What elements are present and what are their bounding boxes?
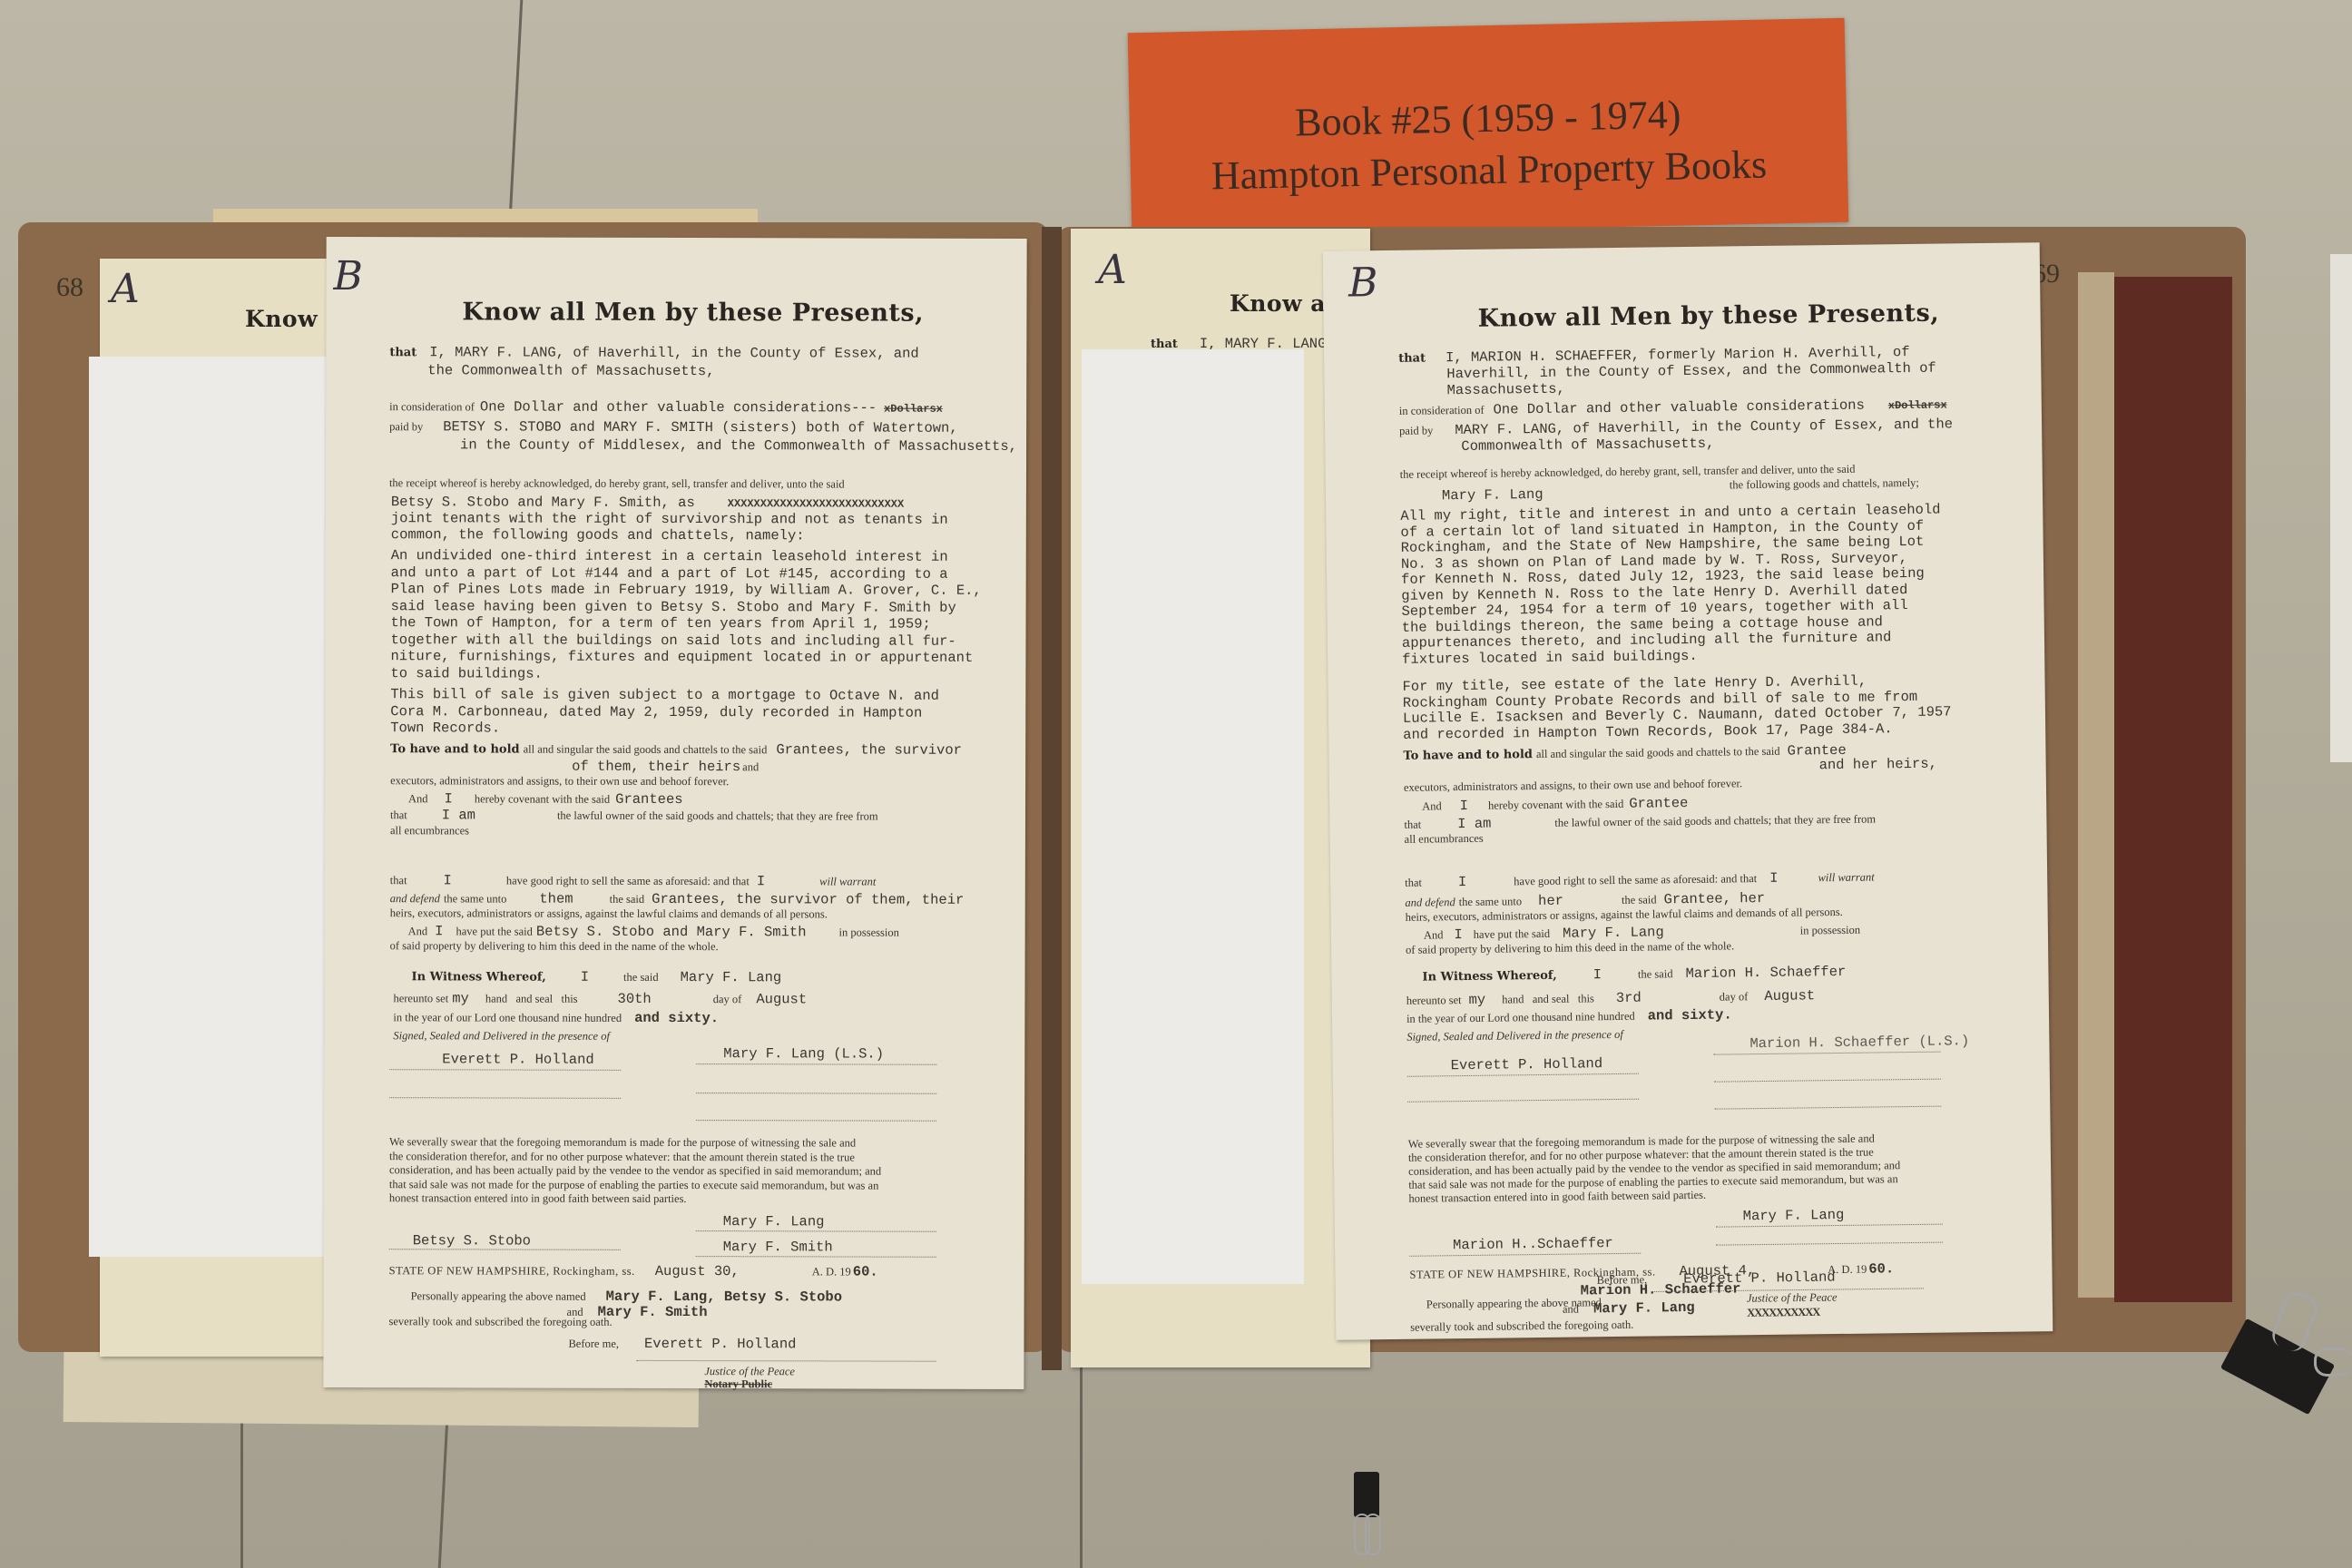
encumbrances: all encumbrances bbox=[1405, 832, 1484, 848]
struck-text: XXXXXXXXXXXXXXXXXXXXXXXXXXX bbox=[728, 497, 904, 511]
day: 3rd bbox=[1616, 990, 1641, 1006]
possession-text: have put the said bbox=[456, 925, 532, 937]
defend-text: the same unto bbox=[444, 892, 506, 905]
paid-by-line-2: Commonwealth of Massachusetts, bbox=[1461, 436, 1714, 456]
signature-line bbox=[696, 1093, 936, 1094]
defend: and defend bbox=[390, 892, 440, 905]
month: August bbox=[1764, 987, 1815, 1004]
possession-fill: Betsy S. Stobo and Mary F. Smith bbox=[536, 924, 807, 941]
possession-and: And bbox=[1424, 928, 1444, 941]
year-fill: and sixty. bbox=[1648, 1006, 1732, 1024]
personally-appearing: Personally appearing the above named bbox=[411, 1289, 586, 1303]
grantor-signature: Mary F. Lang (L.S.) bbox=[723, 1045, 884, 1063]
binder-clip-handle bbox=[1365, 1514, 1381, 1555]
consideration-label: in consideration of bbox=[389, 400, 475, 413]
lawful-owner: the lawful owner of the said goods and c… bbox=[557, 809, 878, 823]
witness-i: I bbox=[1593, 966, 1602, 983]
hand-seal: hand and seal this bbox=[1502, 992, 1594, 1005]
signature-line bbox=[696, 1063, 936, 1065]
paid-by-label: paid by bbox=[389, 420, 423, 433]
warrant: will warrant bbox=[1818, 870, 1874, 884]
text-line: fixtures located in said buildings. bbox=[1402, 647, 1698, 668]
white-slip bbox=[1082, 349, 1304, 1284]
book-cover-edge bbox=[2114, 277, 2232, 1302]
underlying-title: Know al bbox=[1230, 290, 1335, 317]
the-said: the said bbox=[1622, 893, 1657, 906]
witness-label: In Witness Whereof, bbox=[412, 970, 546, 984]
before-me: Before me, bbox=[1597, 1273, 1648, 1287]
that-label: that bbox=[389, 346, 416, 359]
binder-clip-handle bbox=[2269, 1289, 2320, 1354]
grantee: Mary F. Lang bbox=[1442, 486, 1543, 505]
witness-said: the said bbox=[1638, 967, 1673, 980]
habendum-end: executors, administrators and assigns, t… bbox=[1404, 777, 1742, 795]
i-am: I am bbox=[1457, 816, 1491, 832]
witness-name: Mary F. Lang bbox=[681, 969, 782, 985]
right-i2: I bbox=[1769, 870, 1779, 887]
witness-signature: Everett P. Holland bbox=[1451, 1055, 1603, 1074]
the-said: the said bbox=[610, 893, 645, 906]
oath-signature-2: Mary F. Smith bbox=[723, 1239, 833, 1257]
deed-title: Know all Men by these Presents, bbox=[1477, 299, 1939, 335]
hand-seal: hand and seal this bbox=[485, 992, 578, 1004]
signature-line bbox=[1714, 1052, 1941, 1055]
justice-title: Justice of the Peace bbox=[1747, 1291, 1837, 1306]
year-line: in the year of our Lord one thousand nin… bbox=[1406, 1010, 1635, 1025]
year-line: in the year of our Lord one thousand nin… bbox=[393, 1011, 622, 1024]
right-text: have good right to sell the same as afor… bbox=[1514, 872, 1757, 887]
loose-paper bbox=[2330, 254, 2352, 762]
before-me: Before me, bbox=[568, 1338, 619, 1350]
possession-text: have put the said bbox=[1474, 927, 1551, 941]
consideration-label: in consideration of bbox=[1399, 404, 1485, 417]
text-line: honest transaction entered into in good … bbox=[1408, 1189, 1706, 1207]
page-edges bbox=[2078, 272, 2114, 1298]
text-line: consideration, and has been actually pai… bbox=[389, 1163, 881, 1179]
justice-name: Everett P. Holland bbox=[644, 1336, 796, 1352]
signature-line bbox=[1407, 1073, 1639, 1077]
grantor: I, MARY F. LANG, of Haverhill, in the Co… bbox=[429, 344, 919, 361]
warrant: will warrant bbox=[819, 875, 876, 887]
heirs-line: heirs, executors, administrators or assi… bbox=[390, 906, 828, 922]
text-line: We severally swear that the foregoing me… bbox=[389, 1135, 856, 1151]
covenant-i: I bbox=[445, 790, 453, 807]
encumbrances: all encumbrances bbox=[390, 824, 469, 838]
ad-label: A. D. 19 bbox=[812, 1265, 851, 1278]
state-date: August 30, bbox=[655, 1263, 740, 1279]
month: August bbox=[756, 991, 807, 1007]
day: 30th bbox=[618, 991, 652, 1007]
consideration-strike: xDollarsx bbox=[1888, 398, 1947, 412]
receipt-clause: the receipt whereof is hereby acknowledg… bbox=[389, 476, 845, 492]
covenant-and: And bbox=[1422, 799, 1442, 812]
possession-end: in possession bbox=[838, 926, 898, 938]
text-line: that said sale was not made for the purp… bbox=[389, 1178, 878, 1193]
habendum-label: To have and to hold bbox=[1403, 748, 1533, 763]
day-of: day of bbox=[1720, 990, 1749, 1003]
right-that: that bbox=[390, 874, 407, 887]
i-am: I am bbox=[442, 807, 475, 823]
right-that: that bbox=[1405, 877, 1422, 889]
signature-line bbox=[696, 1120, 936, 1122]
covenant-text: hereby covenant with the said bbox=[1488, 798, 1623, 812]
signature-line bbox=[1716, 1242, 1943, 1246]
white-slip bbox=[89, 357, 329, 1257]
possession-fill: Mary F. Lang bbox=[1563, 924, 1664, 941]
state-line: STATE OF NEW HAMPSHIRE, Rockingham, ss. bbox=[389, 1264, 635, 1278]
table-seam bbox=[240, 1416, 243, 1568]
signature-line bbox=[389, 1097, 621, 1099]
my: my bbox=[452, 990, 469, 1006]
my: my bbox=[1468, 992, 1485, 1008]
habendum-fill-2: and her heirs, bbox=[1819, 756, 1937, 775]
covenant-text: hereby covenant with the said bbox=[475, 792, 610, 805]
possession-line: of said property by delivering to him th… bbox=[390, 939, 719, 955]
defend-fill: them bbox=[539, 891, 573, 907]
binder-clip bbox=[1354, 1472, 1379, 1517]
signature-line bbox=[636, 1360, 936, 1362]
that-label-lower: that bbox=[1404, 818, 1421, 831]
that-label-lower: that bbox=[390, 808, 407, 821]
signature-line bbox=[696, 1230, 936, 1232]
lawful-owner: the lawful owner of the said goods and c… bbox=[1554, 812, 1876, 828]
habendum-text: all and singular the said goods and chat… bbox=[524, 743, 768, 757]
signed-sealed: Signed, Sealed and Delivered in the pres… bbox=[1406, 1028, 1623, 1045]
paid-by: BETSY S. STOBO and MARY F. SMITH (sister… bbox=[443, 418, 957, 436]
grantor-signature: Marion H. Schaeffer (L.S.) bbox=[1749, 1033, 1969, 1053]
appearing-names: Mary F. Lang, Betsy S. Stobo bbox=[606, 1289, 842, 1306]
handwritten-mark: A bbox=[1098, 247, 1127, 293]
deed-left: B Know all Men by these Presents, thatI,… bbox=[323, 237, 1026, 1389]
right-i: I bbox=[444, 872, 452, 888]
appearing-names-2: Mary F. Smith bbox=[598, 1304, 708, 1320]
covenant-i: I bbox=[1460, 798, 1469, 814]
notary-struck: Notary Public bbox=[704, 1377, 772, 1392]
table-seam bbox=[1080, 1361, 1083, 1568]
oath-signature-left: Marion H..Schaeffer bbox=[1453, 1235, 1613, 1255]
text-line: the consideration therefor, and for no o… bbox=[389, 1150, 855, 1165]
oath-signature-1: Mary F. Lang bbox=[723, 1213, 825, 1231]
right-i2: I bbox=[757, 873, 765, 889]
signed-sealed: Signed, Sealed and Delivered in the pres… bbox=[393, 1029, 610, 1044]
hereunto: hereunto set bbox=[1406, 994, 1462, 1007]
witness-name: Marion H. Schaeffer bbox=[1685, 964, 1846, 982]
deed-right-justice-block: Before me,Everett P. Holland Justice of … bbox=[1515, 1268, 1943, 1337]
habendum-text: all and singular the said goods and chat… bbox=[1536, 745, 1780, 760]
paid-by-line-2: in the County of Middlesex, and the Comm… bbox=[460, 436, 1017, 456]
possession-and: And bbox=[408, 925, 428, 937]
right-text: have good right to sell the same as afor… bbox=[506, 875, 750, 888]
day-of: day of bbox=[713, 993, 742, 1005]
grantees-line-3: common, the following goods and chattels… bbox=[391, 526, 805, 545]
grantor-line-2: the Commonwealth of Massachusetts, bbox=[427, 362, 714, 380]
oath-took: severally took and subscribed the forego… bbox=[389, 1315, 612, 1329]
signature-line bbox=[389, 1069, 621, 1071]
possession-end: in possession bbox=[1800, 924, 1860, 937]
that-label: that bbox=[1398, 351, 1426, 365]
grantor-line-3: Massachusetts, bbox=[1446, 381, 1564, 400]
signature-line bbox=[696, 1256, 936, 1258]
habendum-and: and bbox=[742, 760, 759, 773]
covenant-and: And bbox=[408, 792, 428, 805]
witness-signature: Everett P. Holland bbox=[442, 1051, 593, 1069]
page-number-left: 68 bbox=[56, 272, 83, 303]
text-line: to said buildings. bbox=[390, 665, 542, 683]
following-goods: the following goods and chattels, namely… bbox=[1730, 476, 1919, 493]
covenant-fill: Grantee bbox=[1629, 795, 1688, 812]
witness-i: I bbox=[581, 969, 589, 985]
handwritten-mark: A bbox=[111, 266, 140, 312]
oath-signature-1: Mary F. Lang bbox=[1743, 1207, 1845, 1226]
consideration: One Dollar and other valuable considerat… bbox=[480, 398, 877, 416]
justice-name: Everett P. Holland bbox=[1683, 1269, 1836, 1288]
consideration: One Dollar and other valuable considerat… bbox=[1493, 397, 1864, 418]
book-label-subtitle: Hampton Personal Property Books bbox=[1210, 141, 1767, 199]
possession-i: I bbox=[1454, 926, 1463, 943]
consideration-strike: xDollarsx bbox=[884, 403, 943, 416]
habendum-end: executors, administrators and assigns, t… bbox=[390, 774, 729, 789]
paid-by-label: paid by bbox=[1399, 424, 1433, 436]
witness-said: the said bbox=[623, 971, 659, 984]
grantees: Betsy S. Stobo and Mary F. Smith, as bbox=[391, 494, 695, 511]
text-line: honest transaction entered into in good … bbox=[389, 1191, 687, 1206]
book-label-title: Book #25 (1959 - 1974) bbox=[1295, 91, 1681, 145]
deed-right: B Know all Men by these Presents, thatI,… bbox=[1323, 242, 2053, 1340]
defend-fill: her bbox=[1538, 893, 1563, 909]
hereunto: hereunto set bbox=[393, 992, 448, 1004]
signature-line bbox=[1714, 1079, 1941, 1083]
signature-line bbox=[1714, 1106, 1941, 1110]
binder-clip-handle bbox=[2314, 1347, 2352, 1377]
witness-label: In Witness Whereof, bbox=[1422, 969, 1556, 985]
year-fill: and sixty. bbox=[634, 1010, 719, 1026]
covenant-fill: Grantees bbox=[615, 791, 682, 808]
right-i: I bbox=[1458, 874, 1467, 890]
defend-fill-2: Grantees, the survivor of them, their bbox=[652, 891, 964, 908]
possession-line: of said property by delivering to him th… bbox=[1406, 939, 1734, 957]
gutter bbox=[1042, 227, 1062, 1370]
defend-fill-2: Grantee, her bbox=[1663, 890, 1765, 907]
habendum-label: To have and to hold bbox=[390, 742, 519, 756]
habendum-fill: Grantees, the survivor bbox=[776, 741, 962, 759]
book-label: Book #25 (1959 - 1974) Hampton Personal … bbox=[1128, 18, 1849, 237]
ad-year: 60. bbox=[853, 1264, 878, 1280]
signature-line bbox=[1409, 1253, 1641, 1257]
deed-title: Know all Men by these Presents, bbox=[462, 297, 924, 328]
defend: and defend bbox=[1405, 896, 1455, 909]
text-line: Town Records. bbox=[390, 720, 500, 738]
habendum-fill-2: of them, their heirs bbox=[572, 759, 740, 775]
signature-line bbox=[1407, 1099, 1639, 1102]
possession-i: I bbox=[435, 923, 443, 939]
defend-text: the same unto bbox=[1459, 895, 1523, 908]
oath-signature-left: Betsy S. Stobo bbox=[413, 1232, 531, 1250]
notary-struck: XXXXXXXXXX bbox=[1747, 1306, 1819, 1320]
